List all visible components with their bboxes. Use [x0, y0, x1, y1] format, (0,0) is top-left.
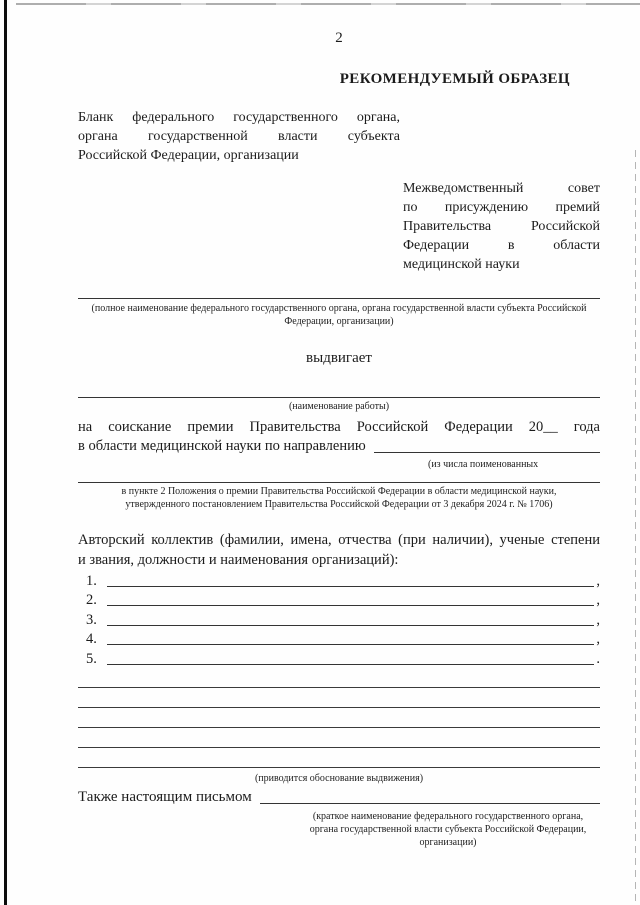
author-entry-number: 3. [86, 612, 99, 629]
nomination-text-line2: в области медицинской науки по направлен… [78, 437, 600, 456]
page-number: 2 [78, 30, 600, 47]
nominates-label: выдвигает [78, 350, 600, 367]
nomination-text-line1: на соискание премии Правительства Россий… [78, 418, 600, 437]
closing-fill-line [260, 788, 600, 804]
blank-fill-line [78, 708, 600, 728]
author-entry-suffix: , [594, 612, 600, 629]
author-entry-fill-line [107, 586, 595, 587]
direction-fill-line [374, 437, 600, 453]
authors-list: 1. , 2. , 3. , 4. , 5. . [78, 570, 600, 668]
authors-intro-line: Авторский коллектив (фамилии, имена, отч… [78, 531, 600, 551]
authors-intro: Авторский коллектив (фамилии, имена, отч… [78, 531, 600, 570]
addressee-line: Правительства Российской [403, 217, 600, 236]
addressee-line: Межведомственный совет [403, 179, 600, 198]
blank-fill-line [78, 728, 600, 748]
addressee-line: медицинской науки [403, 255, 600, 274]
author-entry-suffix: , [594, 573, 600, 590]
work-title-fill-line [78, 397, 600, 398]
work-title-caption: (наименование работы) [78, 400, 600, 413]
direction-caption-start: (из числа поименованных [428, 458, 600, 471]
closing-prefix: Также настоящим письмом [78, 788, 252, 807]
blank-fill-line [78, 688, 600, 708]
justification-caption: (приводится обоснование выдвижения) [78, 772, 600, 785]
scanned-form-page: 2 РЕКОМЕНДУЕМЫЙ ОБРАЗЕЦ Бланк федерально… [0, 0, 640, 905]
recommended-sample-heading: РЕКОМЕНДУЕМЫЙ ОБРАЗЕЦ [78, 71, 600, 88]
author-entry-row: 5. . [78, 648, 600, 668]
direction-prefix: в области медицинской науки по направлен… [78, 437, 366, 456]
author-entry-row: 1. , [78, 570, 600, 590]
author-entry-fill-line [107, 625, 595, 626]
letterhead-line: органа государственной власти субъекта [78, 127, 400, 146]
blank-fill-line [78, 748, 600, 768]
scan-left-edge [4, 0, 7, 905]
addressee-line: по присуждению премий [403, 198, 600, 217]
author-entry-row: 4. , [78, 629, 600, 649]
author-entry-number: 4. [86, 631, 99, 648]
addressee-line: Федерации в области [403, 236, 600, 255]
author-entry-row: 3. , [78, 609, 600, 629]
scan-right-edge [635, 150, 636, 905]
author-entry-fill-line [107, 605, 595, 606]
authors-intro-line: и звания, должности и наименования орган… [78, 551, 600, 571]
nominator-name-caption: (полное наименование федерального госуда… [78, 302, 600, 328]
author-entry-number: 1. [86, 573, 99, 590]
closing-caption: (краткое наименование федерального госуд… [303, 810, 593, 849]
nominator-name-fill-line [78, 298, 600, 299]
author-entry-suffix: , [594, 592, 600, 609]
author-entry-row: 2. , [78, 590, 600, 610]
letterhead-line: Бланк федерального государственного орга… [78, 108, 400, 127]
letterhead-block: Бланк федерального государственного орга… [78, 108, 400, 165]
addressee-block: Межведомственный совет по присуждению пр… [403, 179, 600, 274]
author-entry-fill-line [107, 644, 595, 645]
author-entry-suffix: , [594, 631, 600, 648]
justification-lines [78, 668, 600, 768]
form-content: 2 РЕКОМЕНДУЕМЫЙ ОБРАЗЕЦ Бланк федерально… [78, 0, 600, 849]
direction-caption-end: в пункте 2 Положения о премии Правительс… [78, 485, 600, 511]
author-entry-suffix: . [594, 651, 600, 668]
direction-fill-line-2 [78, 482, 600, 483]
closing-row: Также настоящим письмом [78, 788, 600, 807]
blank-fill-line [78, 668, 600, 688]
author-entry-fill-line [107, 664, 595, 665]
author-entry-number: 5. [86, 651, 99, 668]
letterhead-line: Российской Федерации, организации [78, 146, 400, 165]
author-entry-number: 2. [86, 592, 99, 609]
